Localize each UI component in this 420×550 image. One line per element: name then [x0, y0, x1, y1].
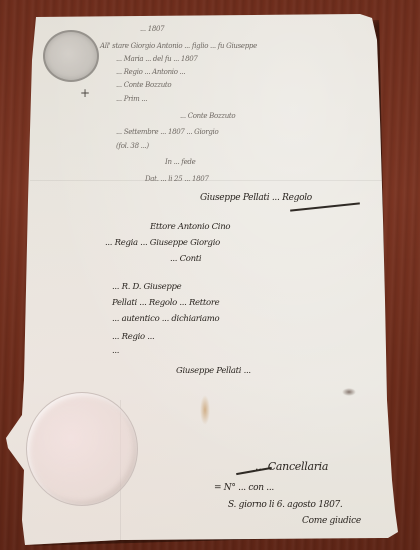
top-line-1: All' stare Giorgio Antonio ... figlio ..… [100, 42, 257, 50]
top-line-6: ... Conte Bozzuto [180, 112, 235, 120]
closing-signature: ... Cancellaria [255, 460, 328, 473]
second-line-3: In ... fede [165, 158, 195, 166]
top-line-4: ... Conte Bozzuto [116, 81, 171, 89]
para-line-1: ... R. D. Giuseppe [112, 282, 181, 292]
ink-stain [200, 395, 210, 425]
top-line-2: ... Maria ... del fu ... 1807 [116, 55, 198, 63]
para-line-5: ... [112, 346, 119, 356]
embossed-seal-top [43, 30, 99, 82]
final-note-1: = N° ... con ... [214, 483, 274, 493]
margin-cross-mark: + [80, 86, 90, 100]
first-signature: Giuseppe Pellati ... Regolo [200, 193, 312, 203]
final-note-2: S. giorno li 6. agosto 1807. [228, 500, 343, 510]
section-line-3: ... Conti [170, 254, 201, 264]
second-line-1: ... Settembre ... 1807 ... Giorgio [116, 128, 218, 136]
second-line-2: (fol. 38 ...) [116, 142, 149, 150]
para-line-3: ... autentico ... dichiariamo [112, 314, 219, 324]
document-sheet: + ... 1807 All' stare Giorgio Antonio ..… [0, 0, 420, 550]
para-line-2: Pellati ... Regolo ... Rettore [112, 298, 219, 308]
witness-line: Giuseppe Pellati ... [176, 366, 251, 376]
final-note-3: Come giudice [302, 516, 361, 526]
place-date: Dat. ... li 25 ... 1807 [145, 175, 209, 183]
top-line-3: ... Regio ... Antonio ... [116, 68, 185, 76]
para-line-4: ... Regio ... [112, 332, 154, 342]
top-line-5: ... Prim ... [116, 95, 147, 103]
section-line-2: ... Regia ... Giuseppe Giorgio [105, 238, 220, 248]
signature-flourish [290, 202, 360, 211]
embossed-seal-bottom [26, 392, 138, 506]
section-heading: Ettore Antonio Cino [150, 222, 230, 232]
header-date: ... 1807 [140, 25, 164, 33]
ink-smudge [342, 388, 356, 396]
